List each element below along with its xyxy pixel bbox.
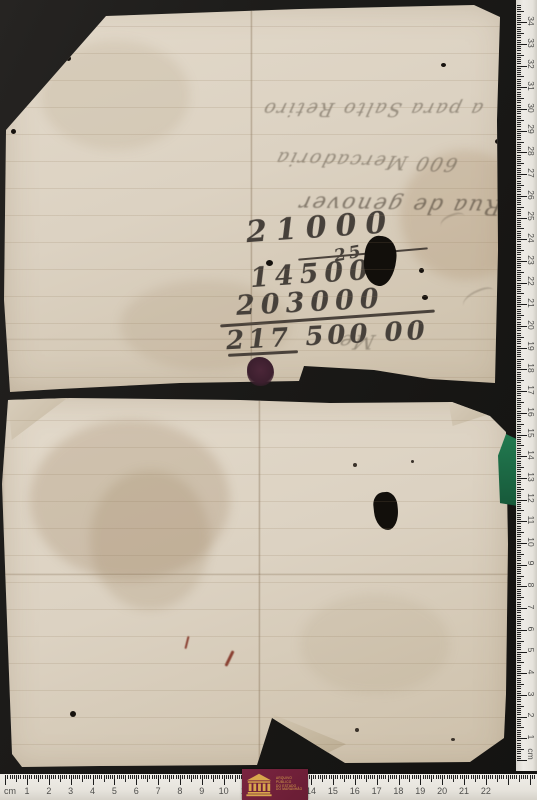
ruler-tick xyxy=(517,79,521,80)
ruler-tick xyxy=(517,306,521,307)
ruler-tick xyxy=(222,775,223,779)
ruler-tick xyxy=(364,775,365,779)
ruler-tick xyxy=(49,775,50,785)
ink-dot xyxy=(11,129,16,134)
ruler-tick xyxy=(517,404,521,405)
ruler-tick xyxy=(517,165,521,166)
folded-corner xyxy=(448,396,494,426)
ruler-tick xyxy=(517,198,521,199)
ruler-tick xyxy=(517,502,521,503)
ruler-tick xyxy=(377,775,378,785)
ruler-number: 7 xyxy=(526,599,536,615)
ruler-tick xyxy=(178,775,179,779)
ruler-tick xyxy=(517,322,521,323)
ruler-number: 22 xyxy=(476,786,496,796)
illegible-handwriting-line: a para Salto Retiro xyxy=(259,98,485,120)
ruler-tick xyxy=(141,775,142,779)
ruler-tick xyxy=(484,775,485,779)
ruler-tick xyxy=(213,775,214,782)
ruler-tick xyxy=(525,775,526,779)
ruler-tick xyxy=(346,775,347,779)
ruler-tick xyxy=(154,775,155,779)
ruler-tick xyxy=(517,474,521,475)
ruler-number: 2 xyxy=(526,707,536,723)
ruler-tick xyxy=(517,393,521,394)
ruler-tick xyxy=(517,59,521,60)
ruler-tick xyxy=(322,775,323,782)
ruler-tick xyxy=(359,775,360,779)
ruler-tick xyxy=(517,658,521,659)
speck xyxy=(411,460,414,463)
ruler-tick xyxy=(517,159,521,160)
ruler-tick xyxy=(147,775,148,782)
ruler-tick xyxy=(348,775,349,779)
ruler-tick xyxy=(517,723,521,724)
archive-logo: ARQUIVO PÚBLICO DO ESTADO DO MARANHÃO xyxy=(242,769,308,800)
ruler-tick xyxy=(517,497,521,498)
ruler-tick xyxy=(517,612,521,613)
ruler-tick xyxy=(517,508,521,509)
ruler-tick xyxy=(431,775,432,782)
speck xyxy=(451,738,455,741)
fold-crease-vertical xyxy=(250,0,253,396)
ruler-tick xyxy=(517,569,521,570)
ruler-tick xyxy=(517,204,521,205)
ruler-tick xyxy=(517,471,521,472)
ruler-tick xyxy=(517,680,521,681)
faint-scribble xyxy=(438,210,468,233)
ruler-tick xyxy=(517,374,521,375)
ruler-tick xyxy=(517,547,521,548)
ruler-tick xyxy=(517,313,521,314)
ruler-tick xyxy=(374,775,375,779)
ruler-tick xyxy=(514,775,515,779)
ruler-tick xyxy=(34,775,35,779)
ruler-tick xyxy=(318,775,319,779)
ruler-tick xyxy=(409,775,410,782)
speck xyxy=(355,728,359,732)
ruler-tick xyxy=(36,775,37,779)
ruler-number: 4 xyxy=(526,664,536,680)
ruler-tick xyxy=(517,582,521,583)
ruler-tick xyxy=(517,361,521,362)
ruler-tick xyxy=(517,337,524,338)
ruler-tick xyxy=(517,35,521,36)
ruler-tick xyxy=(517,597,524,598)
ruler-number: 15 xyxy=(526,425,536,441)
ruler-tick xyxy=(31,775,32,779)
ruler-tick xyxy=(517,387,521,388)
ruler-tick xyxy=(517,354,521,355)
ruler-tick xyxy=(447,775,448,779)
ruler-number: 5 xyxy=(104,786,124,796)
ruler-tick xyxy=(517,684,524,685)
red-mark xyxy=(184,636,189,649)
ruler-tick xyxy=(517,367,521,368)
ruler-tick xyxy=(517,231,521,232)
ruler-tick xyxy=(453,775,454,782)
ink-dot xyxy=(422,295,428,300)
ruler-tick xyxy=(517,641,524,642)
ruler-tick xyxy=(350,775,351,779)
ruler-tick xyxy=(313,775,314,779)
ruler-tick xyxy=(110,775,111,779)
ruler-tick xyxy=(73,775,74,779)
ruler-tick xyxy=(517,363,521,364)
ruler-tick xyxy=(460,775,461,779)
ruler-tick xyxy=(517,636,521,637)
ruler-tick xyxy=(517,215,521,216)
ruler-tick xyxy=(517,72,521,73)
ruler-tick xyxy=(517,745,521,746)
ruler-tick xyxy=(45,775,46,779)
ruler-tick xyxy=(534,775,535,779)
ruler-number: 31 xyxy=(526,78,536,94)
ruler-tick xyxy=(125,775,126,782)
ink-hole xyxy=(361,234,398,287)
ruler-number: 8 xyxy=(526,577,536,593)
ruler-tick xyxy=(401,775,402,779)
ruler-tick xyxy=(517,339,521,340)
ruler-tick xyxy=(517,623,521,624)
ruler-tick xyxy=(517,220,521,221)
ruler-tick xyxy=(517,359,524,360)
ruler-tick xyxy=(512,775,513,779)
ruler-tick xyxy=(517,621,521,622)
ruler-tick xyxy=(62,775,63,779)
ruler-tick xyxy=(224,775,225,785)
ruler-tick xyxy=(99,775,100,779)
ruler-tick xyxy=(517,439,521,440)
ruler-tick xyxy=(309,775,310,779)
ruler-tick xyxy=(521,775,522,779)
ruler-tick xyxy=(211,775,212,779)
ruler-tick xyxy=(517,68,521,69)
ruler-tick xyxy=(165,775,166,779)
ruler-tick xyxy=(433,775,434,779)
ruler-tick xyxy=(517,76,524,77)
ruler-tick xyxy=(517,20,521,21)
ruler-number: 17 xyxy=(526,382,536,398)
ruler-tick xyxy=(136,775,137,785)
ruler-tick xyxy=(517,632,521,633)
ruler-tick xyxy=(506,775,507,779)
ruler-tick xyxy=(226,775,227,779)
ruler-tick xyxy=(473,775,474,779)
ruler-tick xyxy=(173,775,174,779)
ruler-tick xyxy=(517,519,521,520)
ruler-tick xyxy=(517,638,521,639)
ruler-tick xyxy=(517,389,521,390)
ruler-number: 34 xyxy=(526,13,536,29)
ruler-tick xyxy=(361,775,362,779)
ruler-tick xyxy=(517,584,521,585)
ruler-tick xyxy=(479,775,480,779)
ruler-tick xyxy=(517,155,521,156)
ruler-tick xyxy=(517,46,521,47)
ruler-tick xyxy=(517,5,521,6)
ruler-tick xyxy=(414,775,415,779)
ruler-tick xyxy=(163,775,164,779)
ruler-tick xyxy=(517,682,521,683)
ruler-tick xyxy=(381,775,382,779)
ruler-tick xyxy=(517,181,521,182)
ruler-tick xyxy=(517,278,521,279)
ruler-tick xyxy=(517,660,521,661)
ruler-tick xyxy=(517,719,521,720)
ruler-tick xyxy=(517,96,521,97)
ruler-tick xyxy=(517,105,521,106)
figure-amount-2: 145000 xyxy=(249,253,400,294)
stain xyxy=(40,40,190,150)
ruler-tick xyxy=(132,775,133,779)
folded-corner-flap xyxy=(262,714,346,766)
ruler-tick xyxy=(517,194,521,195)
ruler-tick xyxy=(403,775,404,779)
ruler-tick xyxy=(517,743,521,744)
figure-total: 217 500 00 xyxy=(225,316,429,357)
ruler-tick xyxy=(517,482,521,483)
ruler-tick xyxy=(517,701,521,702)
ruler-tick xyxy=(217,775,218,779)
ruler-tick xyxy=(517,343,521,344)
ruler-tick xyxy=(383,775,384,779)
ruler-tick xyxy=(200,775,201,779)
ruler-tick xyxy=(517,528,521,529)
ruler-tick xyxy=(121,775,122,779)
ruler-tick xyxy=(517,667,521,668)
ruler-tick xyxy=(517,506,521,507)
ruler-tick xyxy=(517,116,521,117)
ruler-tick xyxy=(517,730,521,731)
ruler-tick xyxy=(82,775,83,782)
ruler-tick xyxy=(517,126,521,127)
stain xyxy=(120,280,290,370)
ruler-tick xyxy=(499,775,500,779)
ruler-tick xyxy=(372,775,373,779)
ruler-number: 3 xyxy=(526,686,536,702)
ruler-tick xyxy=(517,430,521,431)
ruler-number: 1 xyxy=(17,786,37,796)
stain xyxy=(400,150,530,280)
ruler-tick xyxy=(517,209,521,210)
faint-scribble xyxy=(460,284,498,313)
sum-line xyxy=(220,310,435,328)
ruler-tick xyxy=(396,775,397,779)
ruler-tick xyxy=(517,628,521,629)
ruler-number: 10 xyxy=(214,786,234,796)
ruler-tick xyxy=(189,775,190,779)
ruler-tick xyxy=(517,92,521,93)
ruler-tick xyxy=(517,686,521,687)
ruler-number: 18 xyxy=(388,786,408,796)
ruler-tick xyxy=(517,491,521,492)
ruler-tick xyxy=(517,617,521,618)
ruler-tick xyxy=(5,775,6,785)
ruler-tick xyxy=(495,775,496,779)
ruler-number: 6 xyxy=(526,621,536,637)
ruler-tick xyxy=(464,775,465,785)
ruler-tick xyxy=(517,157,521,158)
ruler-tick xyxy=(517,530,521,531)
ruler-tick xyxy=(517,517,521,518)
ruler-number: 25 xyxy=(526,208,536,224)
ruler-tick xyxy=(517,602,521,603)
ruler-tick xyxy=(95,775,96,779)
ruler-tick xyxy=(517,289,521,290)
ruler-tick xyxy=(517,309,521,310)
ruler-number: 20 xyxy=(526,317,536,333)
ruler-tick xyxy=(517,42,521,43)
ruler-tick xyxy=(355,775,356,785)
ruler-tick xyxy=(517,137,521,138)
ruler-tick xyxy=(23,775,24,779)
ruler-tick xyxy=(219,775,220,779)
ruler-tick xyxy=(108,775,109,779)
ruler-tick xyxy=(486,775,487,785)
ruler-tick xyxy=(517,187,521,188)
ruler-tick xyxy=(517,678,521,679)
illegible-handwriting-line: 600 Mercadoria xyxy=(272,147,460,175)
speck xyxy=(353,463,357,467)
ink-dot xyxy=(70,711,76,717)
ruler-tick xyxy=(517,615,521,616)
ruler-tick xyxy=(517,148,521,149)
ruler-tick xyxy=(517,178,521,179)
ruler-tick xyxy=(517,280,521,281)
ruler-tick xyxy=(193,775,194,779)
ruler-tick xyxy=(370,775,371,779)
ruler-tick xyxy=(425,775,426,779)
ruler-tick xyxy=(149,775,150,779)
ruler-number: 9 xyxy=(192,786,212,796)
ruler-number: 3 xyxy=(61,786,81,796)
ruler-tick xyxy=(517,398,521,399)
ruler-tick xyxy=(418,775,419,779)
ruler-tick xyxy=(517,274,521,275)
ruler-tick xyxy=(517,426,521,427)
ruler-tick xyxy=(344,775,345,782)
ruler-number: 10 xyxy=(526,534,536,550)
ruler-tick xyxy=(517,276,521,277)
ruler-tick xyxy=(47,775,48,779)
ruler-tick xyxy=(517,437,521,438)
ruler-tick xyxy=(195,775,196,779)
vertical-ruler: cm 1234567891011121314151617181920212223… xyxy=(516,0,537,771)
ruler-tick xyxy=(429,775,430,779)
ruler-tick xyxy=(405,775,406,779)
ruler-tick xyxy=(517,578,521,579)
ruler-tick xyxy=(324,775,325,779)
ruler-tick xyxy=(517,753,521,754)
ruler-tick xyxy=(517,693,521,694)
ruler-tick xyxy=(335,775,336,779)
ruler-tick xyxy=(90,775,91,779)
ruler-unit-label: cm xyxy=(526,746,536,762)
ink-dot xyxy=(495,139,501,144)
ruler-tick xyxy=(517,721,521,722)
ruler-tick xyxy=(517,634,521,635)
folded-corner xyxy=(8,396,70,440)
ruler-number: 5 xyxy=(526,642,536,658)
ruler-tick xyxy=(444,775,445,779)
ruler-tick xyxy=(455,775,456,779)
ruler-number: 19 xyxy=(526,338,536,354)
ruler-number: 2 xyxy=(39,786,59,796)
ruler-tick xyxy=(517,749,524,750)
ruler-number: 24 xyxy=(526,230,536,246)
ruler-tick xyxy=(517,452,521,453)
ruler-tick xyxy=(517,448,521,449)
ruler-tick xyxy=(517,747,521,748)
ruler-tick xyxy=(517,727,524,728)
ruler-tick xyxy=(517,346,521,347)
ruler-tick xyxy=(353,775,354,779)
ruler-tick xyxy=(517,57,521,58)
ruler-tick xyxy=(517,534,521,535)
ruler-tick xyxy=(138,775,139,779)
ruler-tick xyxy=(517,484,521,485)
ruler-tick xyxy=(517,319,521,320)
archive-building-icon xyxy=(245,773,273,797)
ruler-tick xyxy=(517,170,521,171)
ruler-tick xyxy=(517,402,524,403)
ruler-tick xyxy=(517,510,524,511)
ruler-tick xyxy=(320,775,321,779)
ruler-tick xyxy=(517,736,521,737)
ruler-tick xyxy=(517,74,521,75)
ruler-tick xyxy=(468,775,469,779)
ruler-tick xyxy=(235,775,236,782)
ruler-tick xyxy=(517,647,521,648)
ruler-tick xyxy=(160,775,161,779)
ruler-tick xyxy=(517,675,521,676)
archive-logo-text: ARQUIVO PÚBLICO DO ESTADO DO MARANHÃO xyxy=(276,777,302,792)
ruler-tick xyxy=(517,751,521,752)
ruler-tick xyxy=(438,775,439,779)
ruler-tick xyxy=(60,775,61,782)
ruler-number: 26 xyxy=(526,187,536,203)
ruler-tick xyxy=(143,775,144,779)
ruler-tick xyxy=(517,85,521,86)
ruler-tick xyxy=(517,291,521,292)
ruler-tick xyxy=(517,16,521,17)
ruler-tick xyxy=(517,513,521,514)
ruler-tick xyxy=(436,775,437,779)
ruler-tick xyxy=(182,775,183,779)
ruler-tick xyxy=(517,591,521,592)
ruler-tick xyxy=(88,775,89,779)
ruler-tick xyxy=(517,226,521,227)
ruler-tick xyxy=(517,267,521,268)
ruler-tick xyxy=(517,241,521,242)
ruler-tick xyxy=(517,213,521,214)
ruler-tick xyxy=(18,775,19,779)
ruler-tick xyxy=(517,421,521,422)
ruler-number: 29 xyxy=(526,121,536,137)
ruler-tick xyxy=(517,211,521,212)
ruler-tick xyxy=(517,417,521,418)
ruler-tick xyxy=(517,526,521,527)
ruler-tick xyxy=(517,734,521,735)
ruler-tick xyxy=(517,415,521,416)
ruler-tick xyxy=(64,775,65,779)
ruler-number: 16 xyxy=(526,404,536,420)
ruler-tick xyxy=(517,259,521,260)
ruler-tick xyxy=(517,712,521,713)
ruler-tick xyxy=(462,775,463,779)
ruler-tick xyxy=(337,775,338,779)
